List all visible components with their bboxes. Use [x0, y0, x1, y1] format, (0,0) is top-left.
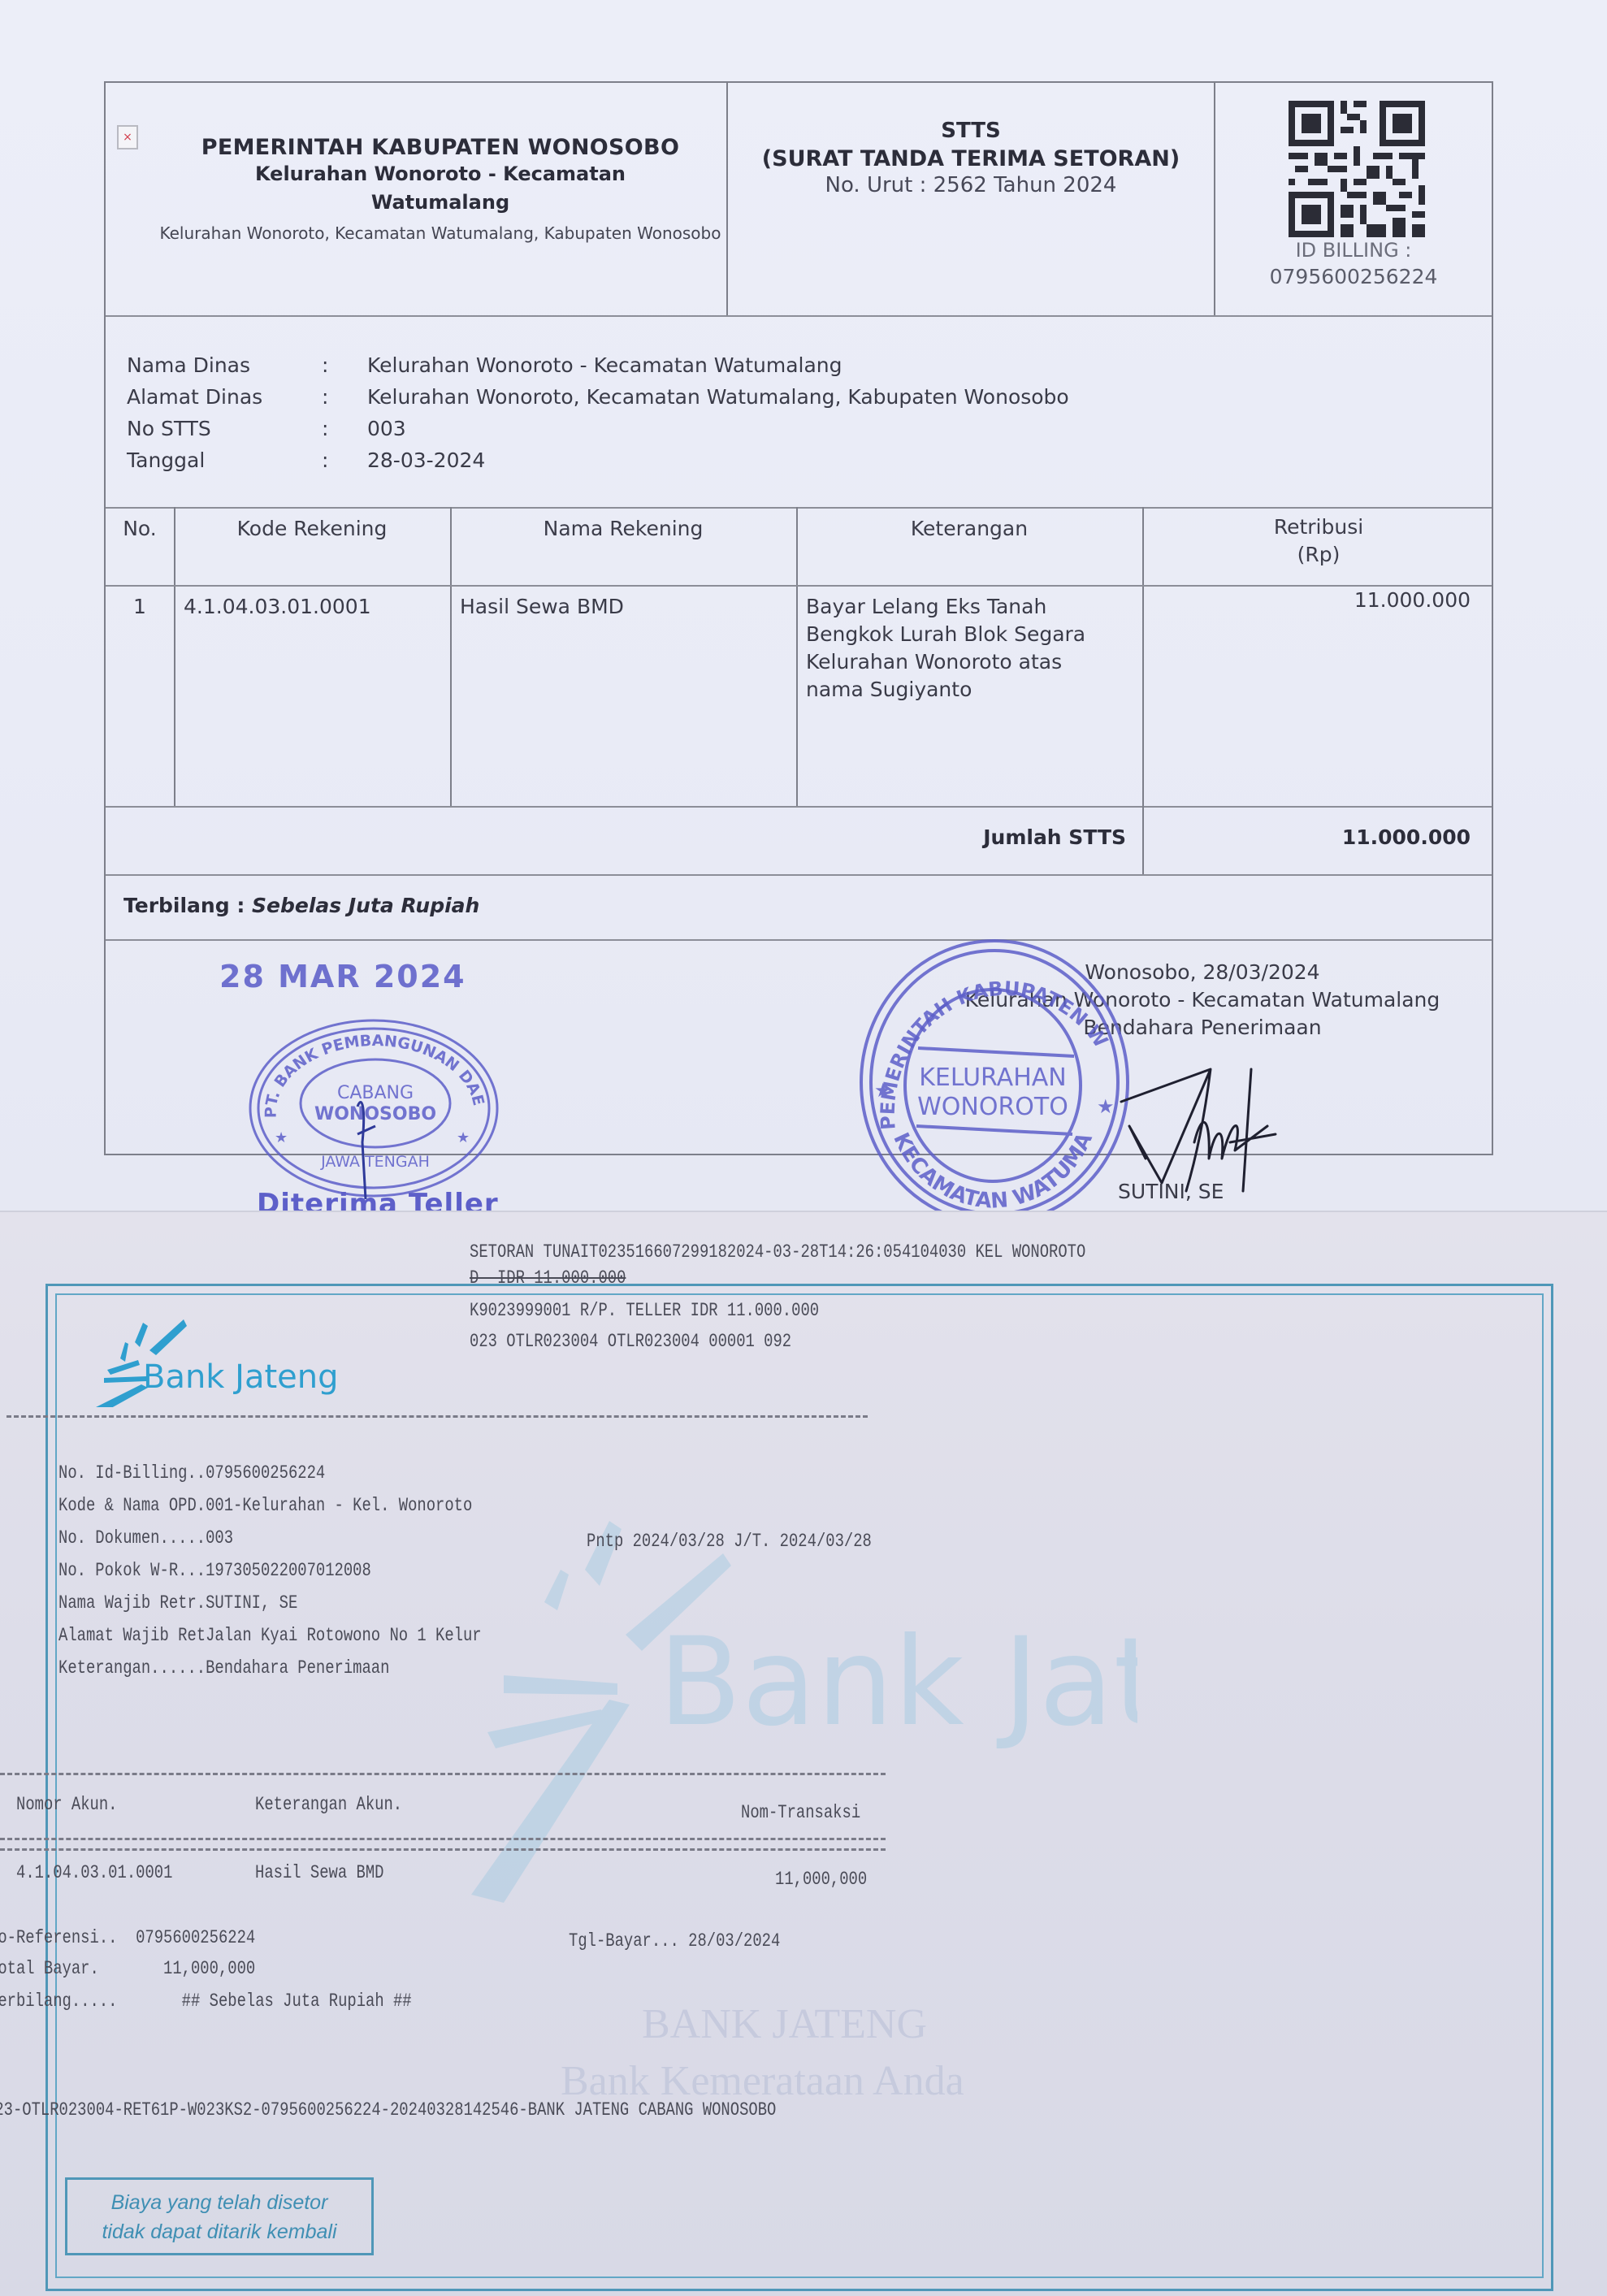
col-header-kode: Kode Rekening — [174, 517, 450, 540]
non-refundable-notice: Biaya yang telah disetor tidak dapat dit… — [65, 2177, 374, 2255]
svg-text:Bank Jateng: Bank Jateng — [143, 1358, 339, 1396]
dashed-divider — [0, 1773, 886, 1775]
dashed-divider — [6, 1415, 868, 1418]
header-divider — [106, 585, 1492, 587]
row-amount: 11,000,000 — [775, 1869, 867, 1890]
transaction-line: SETORAN TUNAIT0235166072991820­24-03-28T… — [470, 1241, 1085, 1263]
transaction-line: D IDR 11.000.000 — [470, 1267, 626, 1289]
stts-sheet: × PEMERINTAH KABUPATEN WONOSOBO Keluraha… — [0, 0, 1607, 1211]
col-header-keterangan: Keterangan — [796, 517, 1142, 540]
info-value: 003 — [367, 413, 1069, 444]
stts-form: × PEMERINTAH KABUPATEN WONOSOBO Keluraha… — [104, 81, 1493, 1155]
info-value: 28-03-2024 — [367, 444, 1069, 476]
total-bayar: Total Bayar. 11,000,000 — [0, 1958, 255, 1979]
bank-teller-stamp-icon: PT. BANK PEMBANGUNAN DAERAH CABANG WONOS… — [244, 1012, 504, 1199]
svg-text:★: ★ — [1097, 1095, 1115, 1118]
info-section: Nama Dinas : Kelurahan Wonoroto - Kecama… — [106, 315, 1492, 509]
field-pokok-wr: No. Pokok W-R...197305022007012008 — [58, 1560, 371, 1581]
column-divider — [174, 507, 175, 806]
qr-code-icon — [1289, 101, 1425, 237]
svg-text:JAWA TENGAH: JAWA TENGAH — [320, 1153, 430, 1171]
stts-header: × PEMERINTAH KABUPATEN WONOSOBO Keluraha… — [106, 83, 1492, 317]
unit-name: Kelurahan Wonoroto - Kecamatan Watumalan… — [154, 160, 726, 217]
terbilang: Terbilang : Sebelas Juta Rupiah — [123, 894, 479, 917]
gov-title: PEMERINTAH KABUPATEN WONOSOBO — [154, 135, 726, 160]
info-label: Tanggal — [127, 444, 322, 476]
info-label: Nama Dinas — [127, 349, 322, 381]
total-value: 11.000.000 — [1342, 825, 1471, 849]
info-row: Tanggal : 28-03-2024 — [127, 444, 1069, 476]
broken-image-icon: × — [117, 125, 138, 149]
doc-title: STTS — [728, 119, 1214, 143]
cell-nama: Hasil Sewa BMD — [460, 593, 785, 621]
id-billing-value: 0795600256224 — [1215, 265, 1492, 288]
stts-table: No. Kode Rekening Nama Rekening Keterang… — [106, 507, 1492, 808]
info-sep: : — [322, 349, 367, 381]
info-row: Nama Dinas : Kelurahan Wonoroto - Kecama… — [127, 349, 1069, 381]
svg-text:★: ★ — [275, 1129, 288, 1146]
column-divider — [796, 507, 798, 806]
terbilang-label: Terbilang : — [123, 894, 245, 917]
svg-text:WONOSOBO: WONOSOBO — [314, 1104, 436, 1124]
row-account: 4.1.04.03.01.0001 — [16, 1862, 172, 1883]
svg-text:WONOROTO: WONOROTO — [917, 1093, 1068, 1121]
kelurahan-stamp-icon: PEMERINTAH KABUPATEN WONOSOBO KECAMATAN … — [856, 934, 1133, 1235]
info-row: No STTS : 003 — [127, 413, 1069, 444]
field-id-billing: No. Id-Billing..0795600256224 — [58, 1462, 325, 1484]
watermark-bank-jateng: BANK JATENG — [642, 2000, 927, 2048]
tgl-bayar: Tgl-Bayar... 28/03/2024 — [569, 1930, 780, 1952]
field-opd: Kode & Nama OPD.001-Kelurahan - Kel. Won… — [58, 1495, 472, 1516]
info-row: Alamat Dinas : Kelurahan Wonoroto, Kecam… — [127, 381, 1069, 413]
signature-section: 28 MAR 2024 PT. BANK PEMBANGUNAN DAERAH … — [106, 939, 1492, 1154]
total-label: Jumlah STTS — [983, 825, 1126, 849]
terbilang-value: Sebelas Juta Rupiah — [252, 894, 479, 917]
info-sep: : — [322, 413, 367, 444]
svg-text:CABANG: CABANG — [337, 1083, 414, 1103]
notice-line-1: Biaya yang telah disetor — [67, 2188, 371, 2217]
unit-address: Kelurahan Wonoroto, Kecamatan Watumalang… — [154, 217, 726, 245]
cell-no: 1 — [106, 593, 174, 621]
doc-title-cell: STTS (SURAT TANDA TERIMA SETORAN) No. Ur… — [728, 83, 1215, 315]
info-sep: : — [322, 444, 367, 476]
cell-keterangan: Bayar Lelang Eks Tanah Bengkok Lurah Blo… — [806, 593, 1115, 704]
column-divider — [450, 507, 452, 806]
field-keterangan: Keterangan......Bendahara Penerimaan — [58, 1657, 389, 1679]
col-header-account: Nomor Akun. — [16, 1794, 117, 1815]
col-header-description: Keterangan Akun. — [255, 1794, 402, 1815]
field-alamat: Alamat Wajib RetJalan Kyai Rotowono No 1… — [58, 1625, 482, 1646]
double-dashed-divider — [0, 1838, 886, 1851]
col-header-nama: Nama Rekening — [450, 517, 796, 540]
info-table: Nama Dinas : Kelurahan Wonoroto - Kecama… — [127, 349, 1069, 476]
footer-reference: 023-OTLR023004-RET61P-W023KS2-0795600256… — [0, 2099, 776, 2121]
bank-receipt-sheet: Bank Jateng Bank Jateng SETORAN TUNAIT02… — [0, 1211, 1607, 2296]
id-billing-label: ID BILLING : — [1215, 239, 1492, 262]
notice-line-2: tidak dapat ditarik kembali — [67, 2217, 371, 2246]
total-row: Jumlah STTS 11.000.000 — [106, 806, 1492, 876]
col-header-no: No. — [106, 517, 174, 540]
gov-header-cell: × PEMERINTAH KABUPATEN WONOSOBO Keluraha… — [106, 83, 728, 315]
col-header-retribusi: Retribusi (Rp) — [1142, 513, 1495, 569]
watermark-slogan: Bank Kemerataan Anda — [561, 2057, 964, 2105]
date-stamp: 28 MAR 2024 — [219, 959, 466, 994]
row-description: Hasil Sewa BMD — [255, 1862, 383, 1883]
info-sep: : — [322, 381, 367, 413]
pntp-dates: Pntp 2024/03/28 J/T. 2024/03/28 — [587, 1531, 872, 1552]
info-value: Kelurahan Wonoroto - Kecamatan Watumalan… — [367, 349, 1069, 381]
column-divider — [1142, 806, 1144, 874]
doc-number: No. Urut : 2562 Tahun 2024 — [728, 173, 1214, 197]
terbilang-receipt: Terbilang..... ## Sebelas Juta Rupiah ## — [0, 1991, 412, 2012]
cell-kode: 4.1.04.03.01.0001 — [184, 593, 444, 621]
col-header-amount: Nom-Transaksi — [741, 1802, 860, 1823]
transaction-line: 023 OTLR023004 OTLR023004 00001 092 — [470, 1331, 791, 1352]
svg-text:★: ★ — [457, 1129, 470, 1146]
svg-text:Bank Jateng: Bank Jateng — [658, 1612, 1137, 1753]
billing-cell: ID BILLING : 0795600256224 — [1215, 83, 1492, 315]
info-value: Kelurahan Wonoroto, Kecamatan Watumalang… — [367, 381, 1069, 413]
svg-text:★: ★ — [874, 1079, 892, 1102]
gov-title-block: PEMERINTAH KABUPATEN WONOSOBO Kelurahan … — [154, 135, 726, 245]
terbilang-row: Terbilang : Sebelas Juta Rupiah — [106, 874, 1492, 941]
no-referensi: No-Referensi.. 0795600256224 — [0, 1927, 255, 1948]
cell-retribusi: 11.000.000 — [1354, 587, 1471, 614]
info-label: Alamat Dinas — [127, 381, 322, 413]
field-dokumen: No. Dokumen.....003 — [58, 1527, 233, 1549]
svg-text:KELURAHAN: KELURAHAN — [919, 1064, 1066, 1092]
bank-jateng-logo-icon: Bank Jateng — [96, 1318, 340, 1407]
info-label: No STTS — [127, 413, 322, 444]
field-nama-wajib: Nama Wajib Retr.SUTINI, SE — [58, 1592, 297, 1614]
doc-subtitle: (SURAT TANDA TERIMA SETORAN) — [728, 146, 1214, 171]
signatory-name: SUTINI, SE — [1118, 1180, 1224, 1203]
transaction-line: K9023999001 R/P. TELLER IDR 11.000.000 — [470, 1300, 819, 1321]
